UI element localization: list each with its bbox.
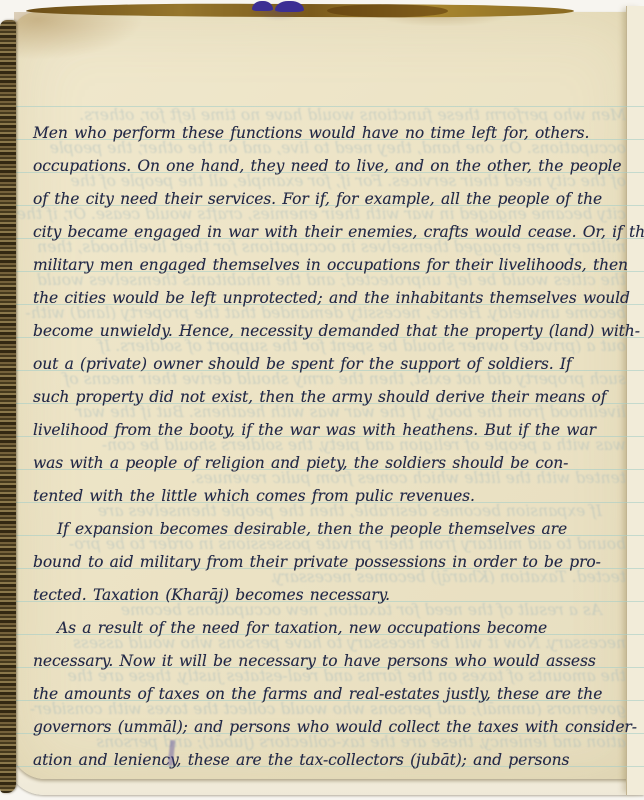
ink-blot-mark	[275, 1, 304, 12]
manuscript-line: was with a people of religion and piety,…	[33, 447, 631, 480]
edge-wear-blotch	[327, 4, 448, 17]
manuscript-line: the amounts of taxes on the farms and re…	[33, 678, 631, 711]
manuscript-line: tected. Taxation (Kharāj) becomes necess…	[33, 579, 631, 612]
manuscript-line-paragraph-start: If expansion becomes desirable, then the…	[33, 513, 631, 546]
manuscript-line: of the city need their services. For if,…	[33, 183, 631, 216]
notebook-scan: Men who perform these functions would ha…	[0, 0, 644, 800]
ink-blot-mark	[252, 1, 273, 11]
manuscript-line-paragraph-start: As a result of the need for taxation, ne…	[33, 612, 631, 645]
manuscript-line: Men who perform these functions would ha…	[33, 117, 631, 150]
manuscript-line: military men engaged themselves in occup…	[33, 249, 631, 282]
manuscript-line: city became engaged in war with their en…	[33, 216, 631, 249]
manuscript-line: such property did not exist, then the ar…	[33, 381, 631, 414]
manuscript-line: necessary. Now it will be necessary to h…	[33, 645, 631, 678]
manuscript-line: occupations. On one hand, they need to l…	[33, 150, 631, 183]
manuscript-line: tented with the little which comes from …	[33, 480, 631, 513]
manuscript-line: become unwieldy. Hence, necessity demand…	[33, 315, 631, 348]
manuscript-line: governors (ummāl); and persons who would…	[33, 711, 631, 744]
corner-stain	[14, 12, 144, 60]
manuscript-line: out a (private) owner should be spent fo…	[33, 348, 631, 381]
manuscript-line: the cities would be left unprotected; an…	[33, 282, 631, 315]
manuscript-text: Men who perform these functions would ha…	[33, 117, 631, 777]
manuscript-line: ation and leniency, these are the tax-co…	[33, 744, 631, 777]
binding-edge	[0, 20, 16, 793]
manuscript-line: livelihood from the booty, if the war wa…	[33, 414, 631, 447]
manuscript-line: bound to aid military from their private…	[33, 546, 631, 579]
